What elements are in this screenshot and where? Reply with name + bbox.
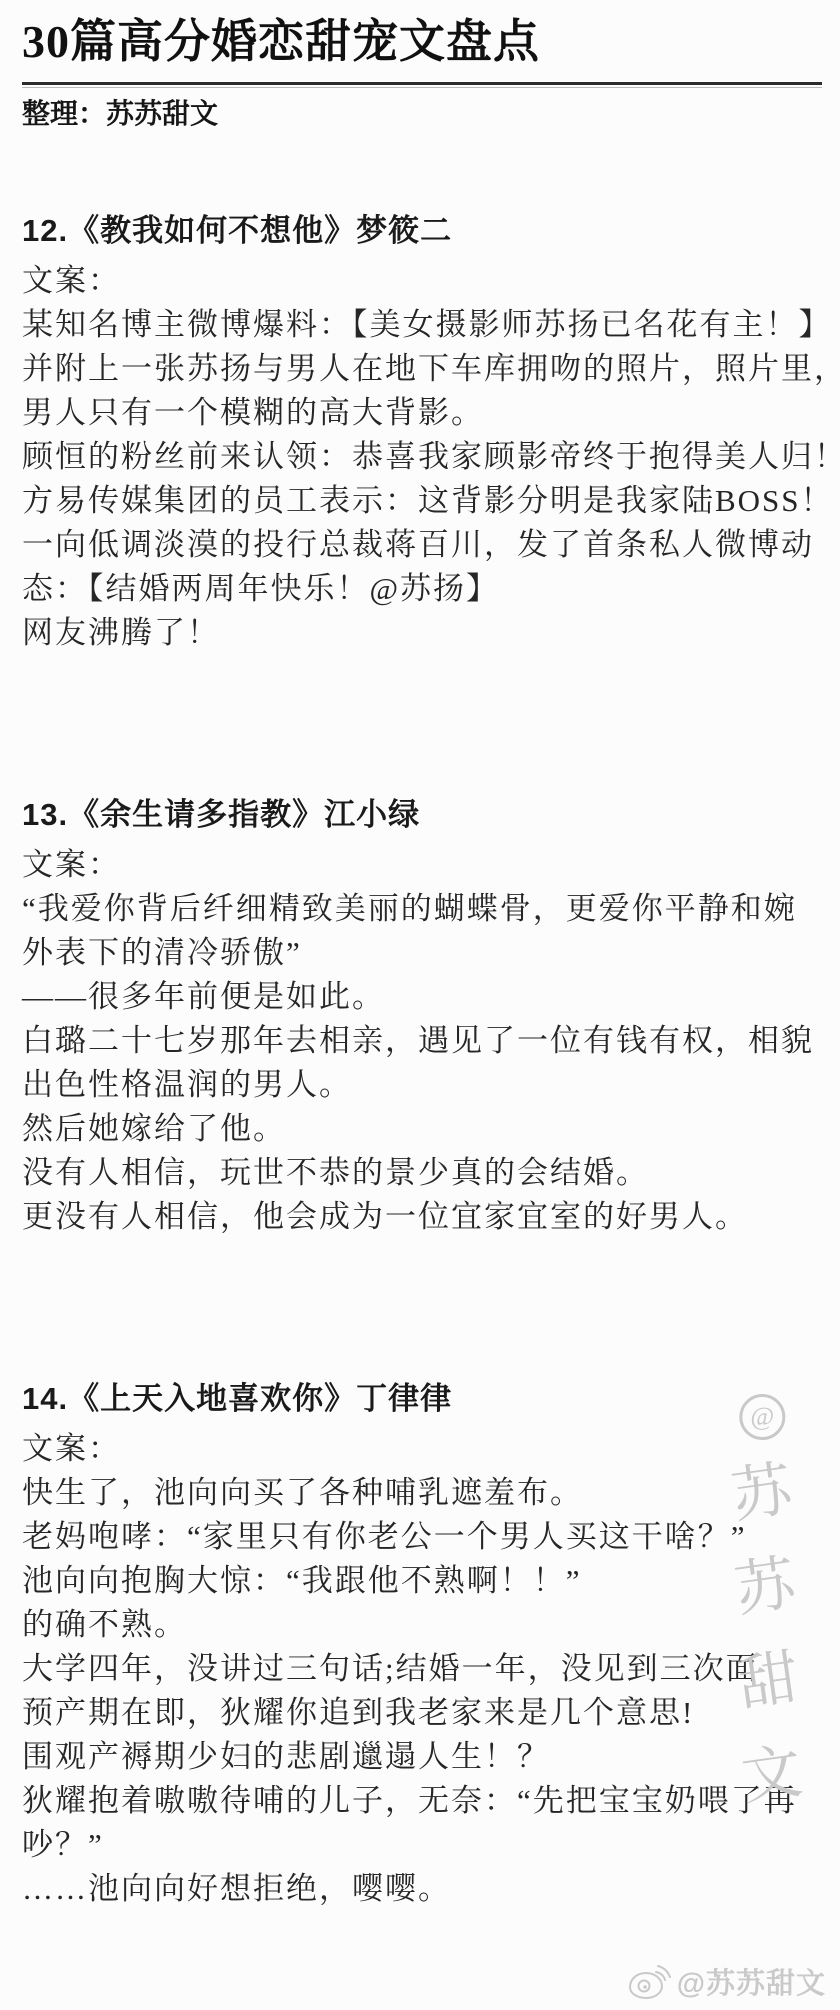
text-line: 方易传媒集团的员工表示：这背影分明是我家陆BOSS！	[22, 479, 822, 523]
text-line: 然后她嫁给了他。	[22, 1107, 822, 1151]
text-line: 外表下的清冷骄傲”	[22, 931, 822, 975]
entry-13: 13.《余生请多指教》江小绿 文案： “我爱你背后纤细精致美丽的蝴蝶骨，更爱你平…	[22, 795, 822, 1239]
text-line: 一向低调淡漠的投行总裁蒋百川，发了首条私人微博动	[22, 523, 822, 567]
text-line: 男人只有一个模糊的高大背影。	[22, 391, 822, 435]
text-line: 狄耀抱着嗷嗷待哺的儿子，无奈：“先把宝宝奶喂了再	[22, 1779, 822, 1823]
bottom-watermark: @苏苏甜文	[627, 1961, 826, 2002]
text-line: 老妈咆哮：“家里只有你老公一个男人买这干啥？”	[22, 1515, 822, 1559]
text-line: ——很多年前便是如此。	[22, 975, 822, 1019]
text-line: 文案：	[22, 259, 822, 303]
page-title: 30篇高分婚恋甜宠文盘点	[22, 14, 822, 70]
text-line: 更没有人相信，他会成为一位宜家宜室的好男人。	[22, 1195, 822, 1239]
entry-12: 12.《教我如何不想他》梦筱二 文案： 某知名博主微博爆料：【美女摄影师苏扬已名…	[22, 211, 822, 655]
entry-12-heading: 12.《教我如何不想他》梦筱二	[22, 211, 822, 251]
text-line: 某知名博主微博爆料：【美女摄影师苏扬已名花有主！】	[22, 303, 822, 347]
text-line: 文案：	[22, 1427, 822, 1471]
title-divider	[22, 82, 822, 88]
text-line: 预产期在即，狄耀你追到我老家来是几个意思!	[22, 1691, 822, 1735]
text-line: 池向向抱胸大惊：“我跟他不熟啊！！”	[22, 1559, 822, 1603]
entry-14: 14.《上天入地喜欢你》丁律律 文案： 快生了，池向向买了各种哺乳遮羞布。 老妈…	[22, 1379, 822, 1911]
text-line: “我爱你背后纤细精致美丽的蝴蝶骨，更爱你平静和婉	[22, 887, 822, 931]
entry-14-body: 文案： 快生了，池向向买了各种哺乳遮羞布。 老妈咆哮：“家里只有你老公一个男人买…	[22, 1427, 822, 1911]
text-line: 快生了，池向向买了各种哺乳遮羞布。	[22, 1471, 822, 1515]
text-line: 出色性格温润的男人。	[22, 1063, 822, 1107]
entry-14-heading: 14.《上天入地喜欢你》丁律律	[22, 1379, 822, 1419]
entry-13-heading: 13.《余生请多指教》江小绿	[22, 795, 822, 835]
text-line: 吵？”	[22, 1823, 822, 1867]
document-page: 30篇高分婚恋甜宠文盘点 整理：苏苏甜文 12.《教我如何不想他》梦筱二 文案：…	[0, 0, 840, 2010]
text-line: ……池向向好想拒绝，嘤嘤。	[22, 1867, 822, 1911]
weibo-logo-icon	[627, 1963, 671, 2001]
text-line: 文案：	[22, 843, 822, 887]
entry-12-body: 文案： 某知名博主微博爆料：【美女摄影师苏扬已名花有主！】 并附上一张苏扬与男人…	[22, 259, 822, 655]
entry-13-body: 文案： “我爱你背后纤细精致美丽的蝴蝶骨，更爱你平静和婉 外表下的清冷骄傲” —…	[22, 843, 822, 1239]
watermark-handle: @苏苏甜文	[677, 1961, 826, 2002]
text-line: 网友沸腾了！	[22, 611, 822, 655]
text-line: 的确不熟。	[22, 1603, 822, 1647]
text-line: 并附上一张苏扬与男人在地下车库拥吻的照片，照片里，	[22, 347, 822, 391]
text-line: 围观产褥期少妇的悲剧邋遢人生！？	[22, 1735, 822, 1779]
text-line: 没有人相信，玩世不恭的景少真的会结婚。	[22, 1151, 822, 1195]
credit-line: 整理：苏苏甜文	[22, 97, 822, 133]
text-line: 大学四年，没讲过三句话;结婚一年，没见到三次面	[22, 1647, 822, 1691]
text-line: 顾恒的粉丝前来认领：恭喜我家顾影帝终于抱得美人归！	[22, 435, 822, 479]
text-line: 态：【结婚两周年快乐！@苏扬】	[22, 567, 822, 611]
text-line: 白璐二十七岁那年去相亲，遇见了一位有钱有权，相貌	[22, 1019, 822, 1063]
